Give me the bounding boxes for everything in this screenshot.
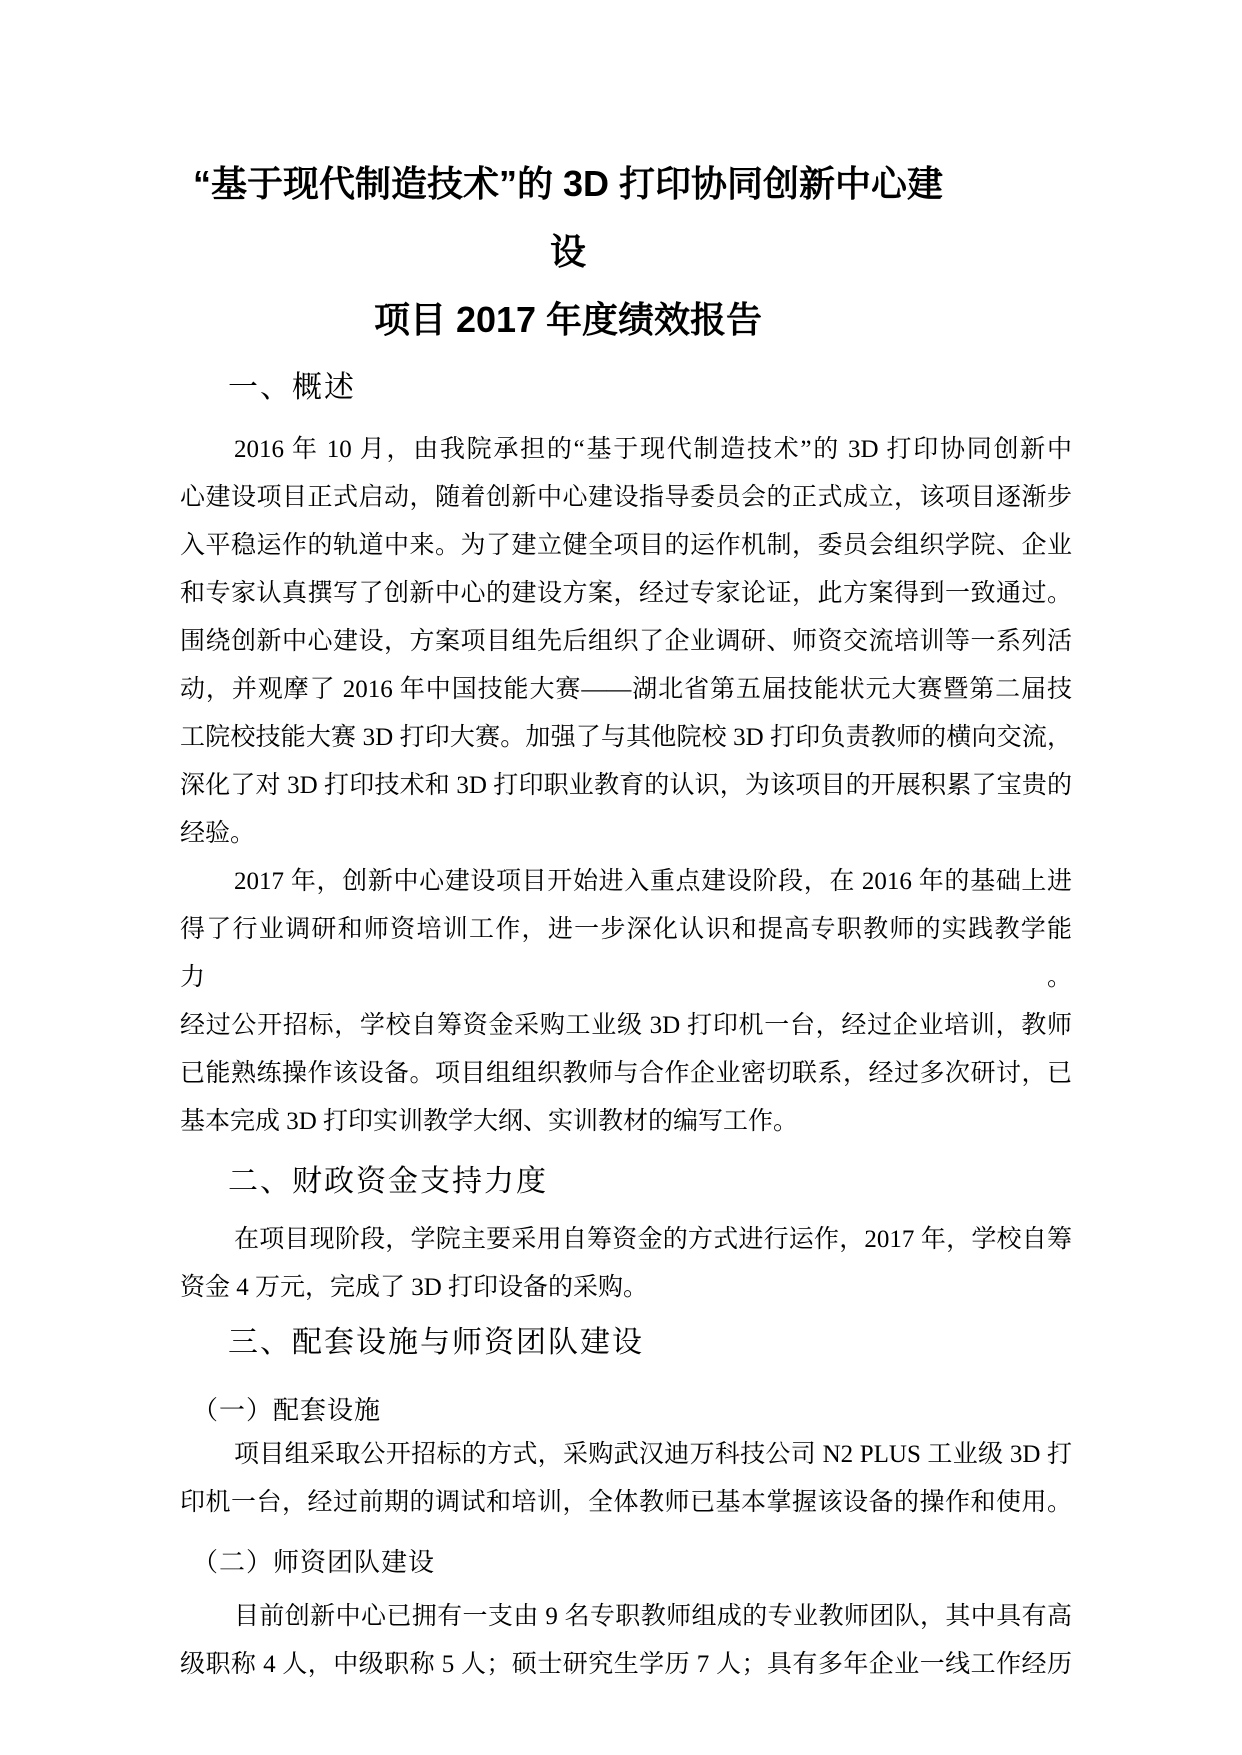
subsection-heading-faculty: （二）师资团队建设 [192,1543,1072,1583]
body-line: 已能熟练操作该设备。项目组组织教师与合作企业密切联系，经过多次研讨，已 [180,1050,1072,1098]
body-line: 心建设项目正式启动，随着创新中心建设指导委员会的正式成立，该项目逐渐步 [180,474,1072,522]
paragraph-overview-1: 2016 年 10 月，由我院承担的“基于现代制造技术”的 3D 打印协同创新中… [180,426,1072,858]
paragraph-overview-2: 2017 年，创新中心建设项目开始进入重点建设阶段，在 2016 年的基础上进 … [180,858,1072,1146]
body-line: 经过公开招标，学校自筹资金采购工业级 3D 打印机一台，经过企业培训，教师 [180,1002,1072,1050]
subsection-heading-facilities: （一）配套设施 [192,1391,1072,1431]
title-line-1: “基于现代制造技术”的 3D 打印协同创新中心建设 [180,150,956,286]
body-line: 级职称 4 人，中级职称 5 人；硕士研究生学历 7 人；具有多年企业一线工作经… [180,1641,1072,1689]
body-line: 得了行业调研和师资培训工作，进一步深化认识和提高专职教师的实践教学能力。 [180,906,1072,1002]
body-line: 基本完成 3D 打印实训教学大纲、实训教材的编写工作。 [180,1098,1072,1146]
body-line: 工院校技能大赛 3D 打印大赛。加强了与其他院校 3D 打印负责教师的横向交流， [180,714,1072,762]
paragraph-faculty: 目前创新中心已拥有一支由 9 名专职教师组成的专业教师团队，其中具有高 级职称 … [180,1593,1072,1689]
body-line: 入平稳运作的轨道中来。为了建立健全项目的运作机制，委员会组织学院、企业 [180,522,1072,570]
section-heading-funding: 二、财政资金支持力度 [228,1160,1072,1204]
title-line-2: 项目 2017 年度绩效报告 [180,286,956,354]
page-content: “基于现代制造技术”的 3D 打印协同创新中心建设 项目 2017 年度绩效报告… [180,150,1072,1689]
body-line: 2017 年，创新中心建设项目开始进入重点建设阶段，在 2016 年的基础上进 [180,858,1072,906]
paragraph-facilities: 项目组采取公开招标的方式，采购武汉迪万科技公司 N2 PLUS 工业级 3D 打… [180,1431,1072,1527]
report-page: “基于现代制造技术”的 3D 打印协同创新中心建设 项目 2017 年度绩效报告… [0,0,1242,1755]
paragraph-funding: 在项目现阶段，学院主要采用自筹资金的方式进行运作，2017 年，学校自筹 资金 … [180,1216,1072,1312]
document-title: “基于现代制造技术”的 3D 打印协同创新中心建设 项目 2017 年度绩效报告 [180,150,1072,354]
section-heading-facilities: 三、配套设施与师资团队建设 [228,1321,1072,1365]
body-line: 资金 4 万元，完成了 3D 打印设备的采购。 [180,1264,1072,1312]
body-line: 印机一台，经过前期的调试和培训，全体教师已基本掌握该设备的操作和使用。 [180,1479,1072,1527]
body-line: 动，并观摩了 2016 年中国技能大赛——湖北省第五届技能状元大赛暨第二届技 [180,666,1072,714]
body-line: 经验。 [180,810,1072,858]
body-line: 在项目现阶段，学院主要采用自筹资金的方式进行运作，2017 年，学校自筹 [180,1216,1072,1264]
body-line: 项目组采取公开招标的方式，采购武汉迪万科技公司 N2 PLUS 工业级 3D 打 [180,1431,1072,1479]
body-line: 和专家认真撰写了创新中心的建设方案，经过专家论证，此方案得到一致通过。 [180,570,1072,618]
body-line: 深化了对 3D 打印技术和 3D 打印职业教育的认识，为该项目的开展积累了宝贵的 [180,762,1072,810]
body-line: 目前创新中心已拥有一支由 9 名专职教师组成的专业教师团队，其中具有高 [180,1593,1072,1641]
section-heading-overview: 一、概述 [228,366,1072,410]
body-line: 2016 年 10 月，由我院承担的“基于现代制造技术”的 3D 打印协同创新中 [180,426,1072,474]
body-line: 围绕创新中心建设，方案项目组先后组织了企业调研、师资交流培训等一系列活 [180,618,1072,666]
